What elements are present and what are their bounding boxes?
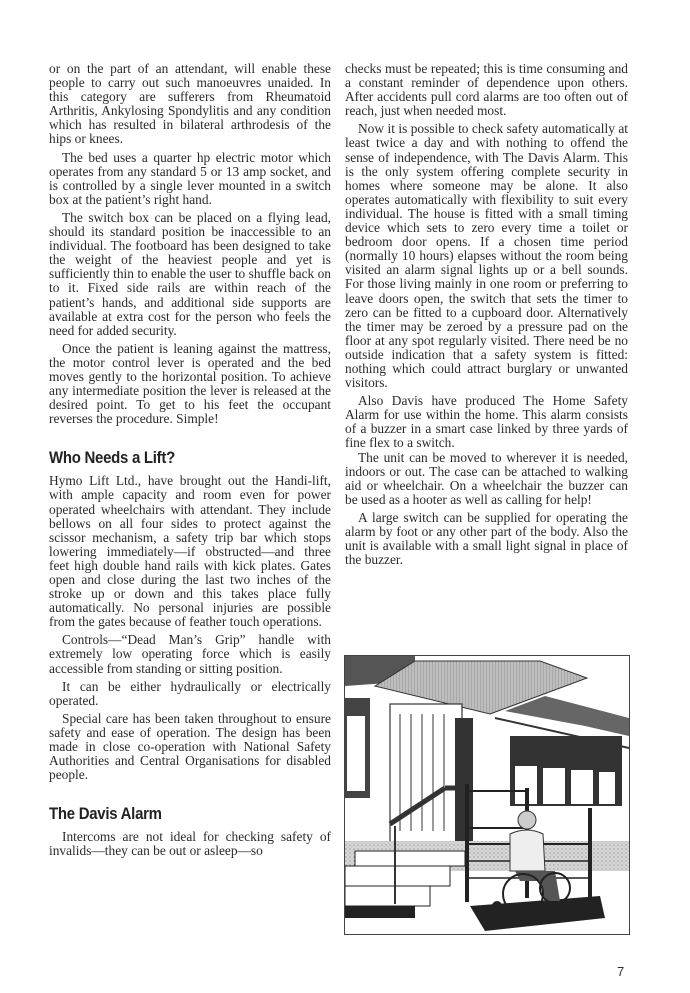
paragraph: Controls—“Dead Man’s Grip” handle with e… [49, 633, 331, 675]
paragraph: Once the patient is leaning against the … [49, 342, 331, 427]
paragraph: The unit can be moved to wherever it is … [345, 451, 628, 507]
section-heading-alarm: The Davis Alarm [49, 804, 297, 824]
left-column: or on the part of an attendant, will ena… [49, 62, 331, 863]
paragraph: checks must be repeated; this is time co… [345, 62, 628, 118]
paragraph: The switch box can be placed on a flying… [49, 211, 331, 338]
paragraph: Intercoms are not ideal for checking saf… [49, 830, 331, 858]
paragraph: Hymo Lift Ltd., have brought out the Han… [49, 474, 331, 629]
paragraph: Now it is possible to check safety autom… [345, 122, 628, 390]
paragraph: or on the part of an attendant, will ena… [49, 62, 331, 147]
page-number: 7 [617, 964, 624, 979]
paragraph: It can be either hydraulically or electr… [49, 680, 331, 708]
paragraph: A large switch can be supplied for opera… [345, 511, 628, 567]
paragraph: The bed uses a quarter hp electric motor… [49, 151, 331, 207]
right-column: checks must be repeated; this is time co… [345, 62, 628, 571]
paragraph: Also Davis have produced The Home Safety… [345, 394, 628, 450]
wheelchair-lift-illustration [344, 655, 630, 935]
section-heading-lift: Who Needs a Lift? [49, 448, 297, 468]
paragraph: Special care has been taken throughout t… [49, 712, 331, 782]
